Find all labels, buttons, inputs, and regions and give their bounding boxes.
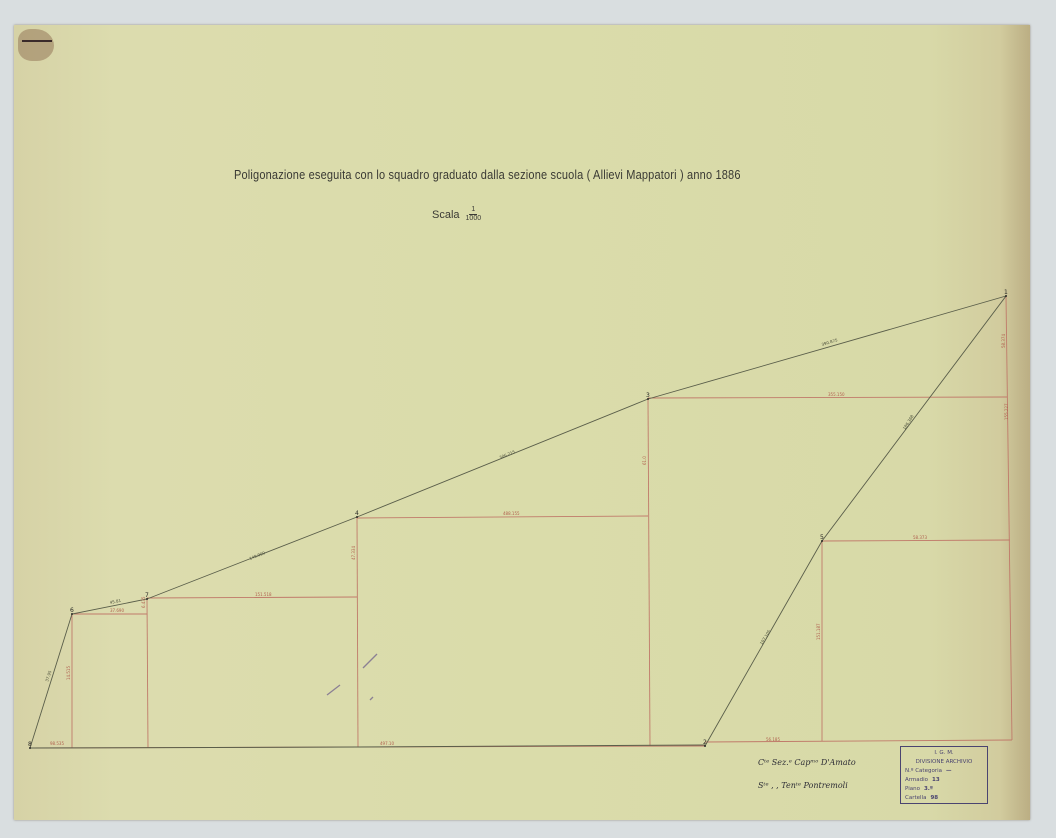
stamp-header-1: I. G. M. bbox=[905, 749, 983, 758]
traverse-distance-label: 390.875 bbox=[821, 337, 839, 347]
station-label: 3 bbox=[646, 392, 650, 399]
traverse-distance-labels: 37.9545.81149.900306.215390.875186.36810… bbox=[44, 337, 915, 682]
stamp-row-value: 3.º bbox=[924, 785, 933, 794]
station-markers: 12345678 bbox=[28, 289, 1008, 749]
offset-distance-label: 47.334 bbox=[351, 546, 356, 560]
stamp-row: Armadio13 bbox=[905, 776, 983, 785]
offset-distance-label: 355.150 bbox=[828, 392, 845, 397]
traverse-distance-label: 149.900 bbox=[249, 550, 267, 561]
offset-distance-label: 497.10 bbox=[380, 741, 394, 746]
stamp-row: Cartella98 bbox=[905, 794, 983, 803]
offset-distance-labels: 98.53537.69014.5156.435151.51847.334488.… bbox=[50, 334, 1009, 746]
stamp-row-value: 13 bbox=[932, 776, 940, 785]
offset-distance-label: 155.227 bbox=[1004, 403, 1009, 420]
stamp-row: N.º Categoria— bbox=[905, 767, 983, 776]
stamp-row-value: 98 bbox=[930, 794, 938, 803]
offset-distance-label: 56.185 bbox=[766, 737, 780, 742]
stamp-row-label: N.º Categoria bbox=[905, 767, 942, 776]
stamp-row-label: Armadio bbox=[905, 776, 928, 785]
station-point bbox=[704, 745, 706, 747]
station-label: 6 bbox=[70, 607, 74, 614]
station-point bbox=[356, 516, 358, 518]
station-label: 8 bbox=[28, 741, 32, 748]
signature-lieutenant: Sᵗᵉ , , Tenᵗᵉ Pontremoli bbox=[758, 781, 848, 790]
pencil-marks bbox=[327, 654, 377, 700]
traverse-distance-label: 45.81 bbox=[109, 598, 122, 605]
offset-distance-label: 14.515 bbox=[66, 666, 71, 680]
offset-lines bbox=[30, 296, 1012, 748]
station-point bbox=[647, 398, 649, 400]
station-label: 5 bbox=[820, 534, 824, 541]
offset-distance-label: 37.690 bbox=[110, 608, 124, 613]
offset-distance-label: 151.518 bbox=[255, 592, 272, 597]
station-label: 1 bbox=[1004, 289, 1008, 296]
station-point bbox=[146, 598, 148, 600]
station-label: 4 bbox=[355, 510, 359, 517]
offset-distance-label: 488.155 bbox=[503, 511, 520, 516]
stamp-row-value: — bbox=[946, 767, 952, 776]
stamp-row: Piano3.º bbox=[905, 785, 983, 794]
traverse-distance-label: 107.105 bbox=[759, 628, 772, 645]
offset-distance-label: 58.374 bbox=[1001, 334, 1006, 348]
traverse-lines bbox=[30, 296, 1006, 748]
signature-commander: Cᵗᵉ Sez.ᵉ Capᵐᵒ D'Amato bbox=[758, 758, 856, 767]
station-point bbox=[71, 613, 73, 615]
stamp-row-label: Piano bbox=[905, 785, 920, 794]
offset-distance-label: 98.535 bbox=[50, 741, 64, 746]
offset-distance-label: 151.187 bbox=[816, 623, 821, 640]
offset-distance-label: 61.0 bbox=[642, 456, 647, 465]
station-point bbox=[1005, 295, 1007, 297]
offset-distance-label: 58.373 bbox=[913, 535, 927, 540]
stamp-header-2: DIVISIONE ARCHIVIO bbox=[905, 758, 983, 767]
station-point bbox=[821, 540, 823, 542]
station-label: 2 bbox=[703, 739, 707, 746]
archive-stamp: I. G. M. DIVISIONE ARCHIVIO N.º Categori… bbox=[900, 746, 988, 804]
traverse-distance-label: 306.215 bbox=[499, 449, 517, 460]
traverse-distance-label: 186.368 bbox=[902, 413, 915, 430]
survey-plot: 12345678 37.9545.81149.900306.215390.875… bbox=[0, 0, 1056, 838]
stamp-row-label: Cartella bbox=[905, 794, 926, 803]
station-point bbox=[29, 747, 31, 749]
offset-distance-label: 6.435 bbox=[141, 596, 146, 608]
